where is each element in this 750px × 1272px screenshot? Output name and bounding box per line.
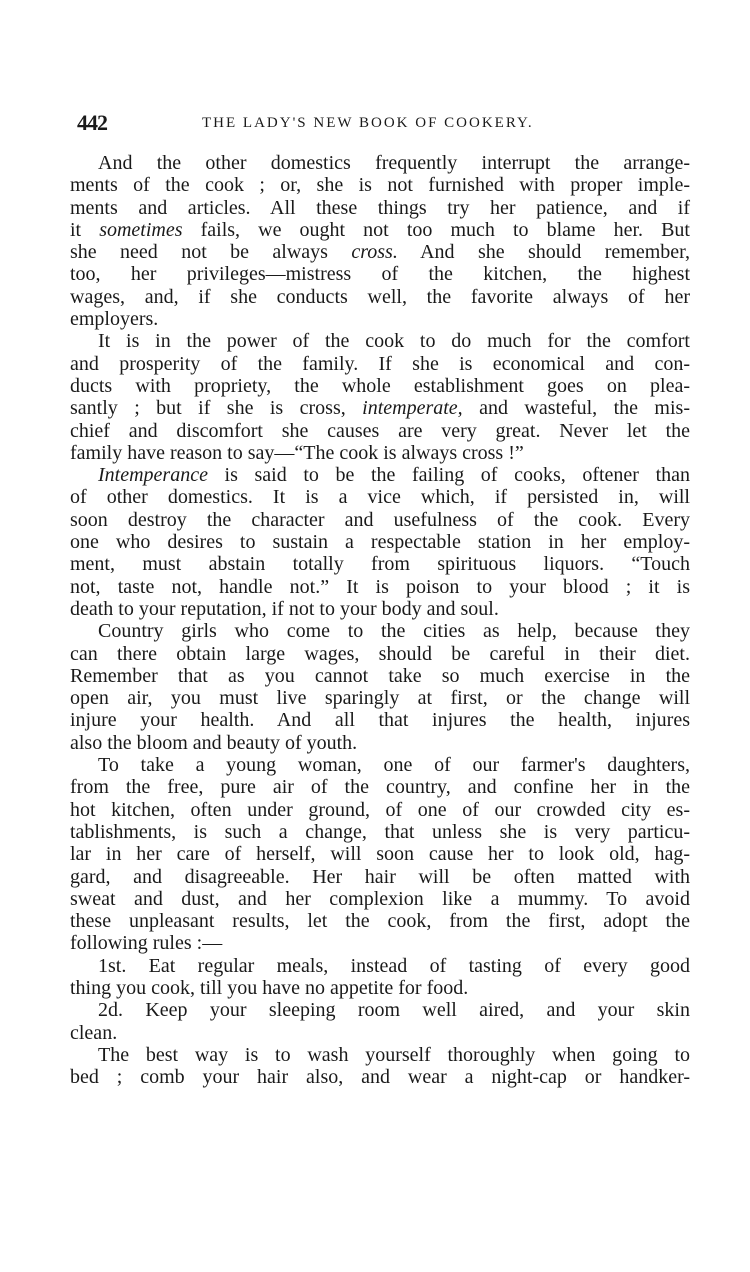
text-line: Country girls who come to the cities as … [70,620,690,642]
text-line: And the other domestics frequently inter… [70,152,690,174]
text-line: 1st. Eat regular meals, instead of tasti… [70,955,690,977]
text-line: can there obtain large wages, should be … [70,643,690,665]
text-line: open air, you must live sparingly at fir… [70,687,690,709]
text-line: wages, and, if she conducts well, the fa… [70,286,690,308]
text-line: employers. [70,308,690,330]
text-line: soon destroy the character and usefulnes… [70,509,690,531]
text-line: and prosperity of the family. If she is … [70,353,690,375]
text-line: thing you cook, till you have no appetit… [70,977,690,999]
text-line: lar in her care of herself, will soon ca… [70,843,690,865]
text-line: ments of the cook ; or, she is not furni… [70,174,690,196]
text-line: family have reason to say—“The cook is a… [70,442,690,464]
text-line: ment, must abstain totally from spirituo… [70,553,690,575]
text-line: tablishments, is such a change, that unl… [70,821,690,843]
emphasis: intemperate, [362,397,463,419]
text-line: she need not be always cross. And she sh… [70,241,690,263]
text-line: bed ; comb your hair also, and wear a ni… [70,1066,690,1088]
emphasis: Intemperance [98,464,208,486]
emphasis: cross. [351,241,397,263]
emphasis: sometimes [99,219,182,241]
text-line: clean. [70,1022,690,1044]
text-line: injure your health. And all that injures… [70,709,690,731]
running-head: 442 THE LADY'S NEW BOOK OF COOKERY. [72,110,692,136]
text-line: Remember that as you cannot take so much… [70,665,690,687]
text-line: also the bloom and beauty of youth. [70,732,690,754]
text-line: gard, and disagreeable. Her hair will be… [70,866,690,888]
text-line: these unpleasant results, let the cook, … [70,910,690,932]
text-line: from the free, pure air of the country, … [70,776,690,798]
text-line: following rules :— [70,932,690,954]
text-line: of other domestics. It is a vice which, … [70,486,690,508]
text-line: santly ; but if she is cross, intemperat… [70,397,690,419]
text-line: ments and articles. All these things try… [70,197,690,219]
text-line: hot kitchen, often under ground, of one … [70,799,690,821]
text-line: chief and discomfort she causes are very… [70,420,690,442]
text-line: The best way is to wash yourself thoroug… [70,1044,690,1066]
text-line: 2d. Keep your sleeping room well aired, … [70,999,690,1021]
text-line: too, her privileges—mistress of the kitc… [70,263,690,285]
text-line: one who desires to sustain a respectable… [70,531,690,553]
text-line: death to your reputation, if not to your… [70,598,690,620]
page-number: 442 [77,110,107,136]
text-line: Intemperance is said to be the failing o… [70,464,690,486]
running-title: THE LADY'S NEW BOOK OF COOKERY. [202,115,534,132]
text-line: It is in the power of the cook to do muc… [70,330,690,352]
body-text: And the other domestics frequently inter… [70,152,690,1088]
text-line: not, taste not, handle not.” It is poiso… [70,576,690,598]
text-line: ducts with propriety, the whole establis… [70,375,690,397]
text-line: sweat and dust, and her complexion like … [70,888,690,910]
text-line: it sometimes fails, we ought not too muc… [70,219,690,241]
text-line: To take a young woman, one of our farmer… [70,754,690,776]
